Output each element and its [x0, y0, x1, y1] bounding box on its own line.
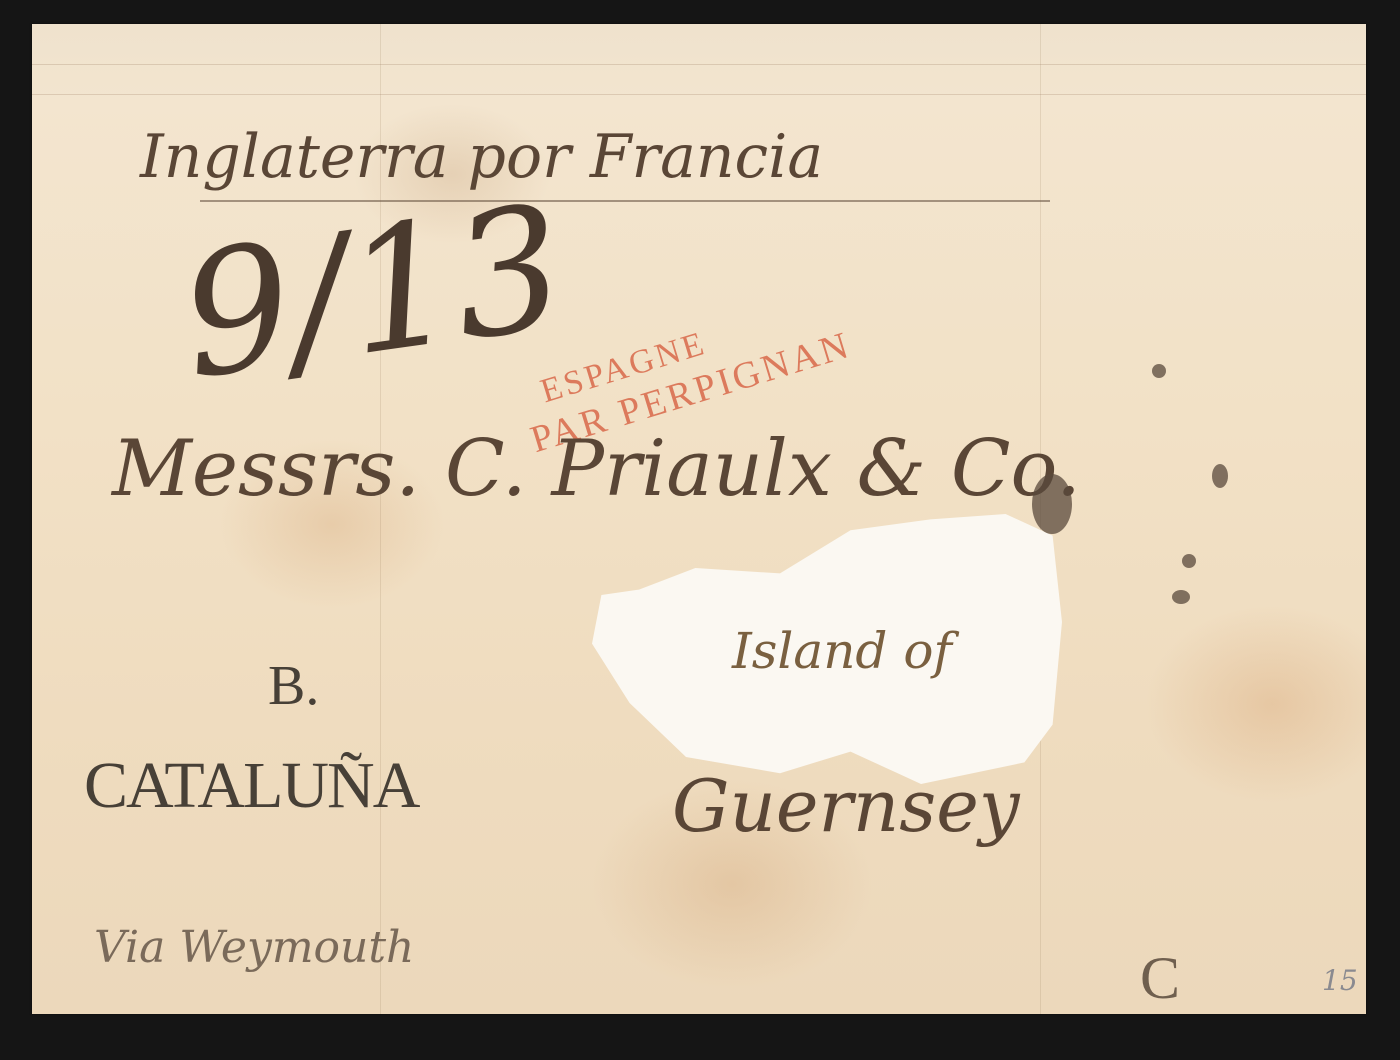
pencil-note: 15: [1322, 964, 1358, 997]
ink-blot: [1212, 464, 1228, 488]
ink-blot: [1172, 590, 1190, 604]
postmark-cataluna: CATALUÑA: [84, 748, 418, 824]
postal-cover: Inglaterra por Francia 9/13 ESPAGNE PAR …: [32, 24, 1366, 1014]
rate-marking: 9/13: [170, 168, 576, 417]
addressee-guernsey: Guernsey: [672, 764, 1020, 848]
routing-note: Via Weymouth: [94, 922, 414, 973]
ink-blot: [1182, 554, 1196, 568]
ink-blot: [1032, 474, 1072, 534]
postmark-b: B.: [268, 654, 319, 718]
arrival-marking: C: [1140, 944, 1180, 1013]
fold-line: [32, 94, 1366, 95]
ink-blot: [1152, 364, 1166, 378]
addressee-island: Island of: [732, 622, 952, 680]
addressee-name: Messrs. C. Priaulx & Co.: [112, 424, 1081, 514]
fold-line: [32, 64, 1366, 65]
